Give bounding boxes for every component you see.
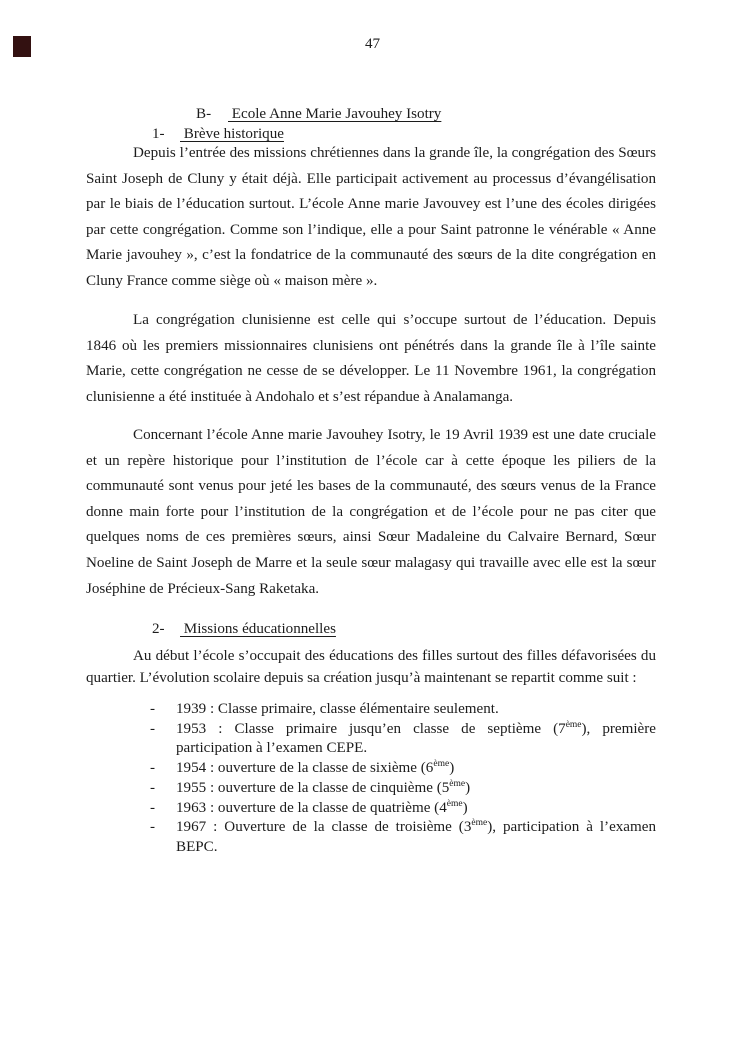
list-item-1963: -1963 : ouverture de la classe de quatri… [86, 799, 656, 819]
list-dash: - [150, 818, 155, 838]
list-item-superscript: ème [433, 759, 449, 769]
list-dash: - [150, 799, 155, 819]
list-item-1953: -1953 : Classe primaire jusqu’en classe … [86, 720, 656, 759]
timeline-list: -1939 : Classe primaire, classe élémenta… [86, 700, 656, 858]
list-item-superscript: ème [447, 798, 463, 808]
list-item-superscript: ème [449, 779, 465, 789]
heading-b-number: B- [196, 106, 228, 123]
list-item-text: 1967 : Ouverture de la classe de troisiè… [176, 819, 471, 835]
list-item-text: 1953 : Classe primaire jusqu’en classe d… [176, 721, 566, 737]
heading-b-label: Ecole Anne Marie Javouhey Isotry [228, 106, 441, 122]
list-item-superscript: ème [471, 818, 487, 828]
list-item-1967: -1967 : Ouverture de la classe de troisi… [86, 818, 656, 857]
list-item-text: 1955 : ouverture de la classe de cinquiè… [176, 780, 449, 796]
paragraph-historique-2: La congrégation clunisienne est celle qu… [86, 308, 656, 410]
list-item-1939: -1939 : Classe primaire, classe élémenta… [86, 700, 656, 720]
paragraph-missions-intro: Au début l’école s’occupait des éducatio… [86, 645, 656, 690]
list-item-text: 1963 : ouverture de la classe de quatriè… [176, 800, 447, 816]
paragraph-historique-1: Depuis l’entrée des missions chrétiennes… [86, 141, 656, 295]
list-dash: - [150, 759, 155, 779]
page-number: 47 [0, 36, 745, 53]
list-item-text: 1939 : Classe primaire, classe élémentai… [176, 701, 499, 717]
list-item-text-cont: ) [449, 760, 454, 776]
list-dash: - [150, 779, 155, 799]
paragraph-historique-3: Concernant l’école Anne marie Javouhey I… [86, 423, 656, 602]
list-item-text-cont: ) [465, 780, 470, 796]
heading-2-label: Missions éducationnelles [180, 621, 336, 637]
list-item-text-cont: ) [463, 800, 468, 816]
heading-section-b: B- Ecole Anne Marie Javouhey Isotry [196, 106, 441, 123]
heading-missions-educationnelles: 2- Missions éducationnelles [152, 621, 336, 638]
list-item-superscript: ème [566, 720, 582, 730]
list-dash: - [150, 720, 155, 740]
list-item-1954: -1954 : ouverture de la classe de sixièm… [86, 759, 656, 779]
heading-2-number: 2- [152, 621, 180, 638]
list-item-text: 1954 : ouverture de la classe de sixième… [176, 760, 433, 776]
heading-1-label: Brève historique [180, 126, 284, 142]
list-item-1955: -1955 : ouverture de la classe de cinqui… [86, 779, 656, 799]
document-page: 47 B- Ecole Anne Marie Javouhey Isotry 1… [0, 0, 745, 1053]
list-dash: - [150, 700, 155, 720]
